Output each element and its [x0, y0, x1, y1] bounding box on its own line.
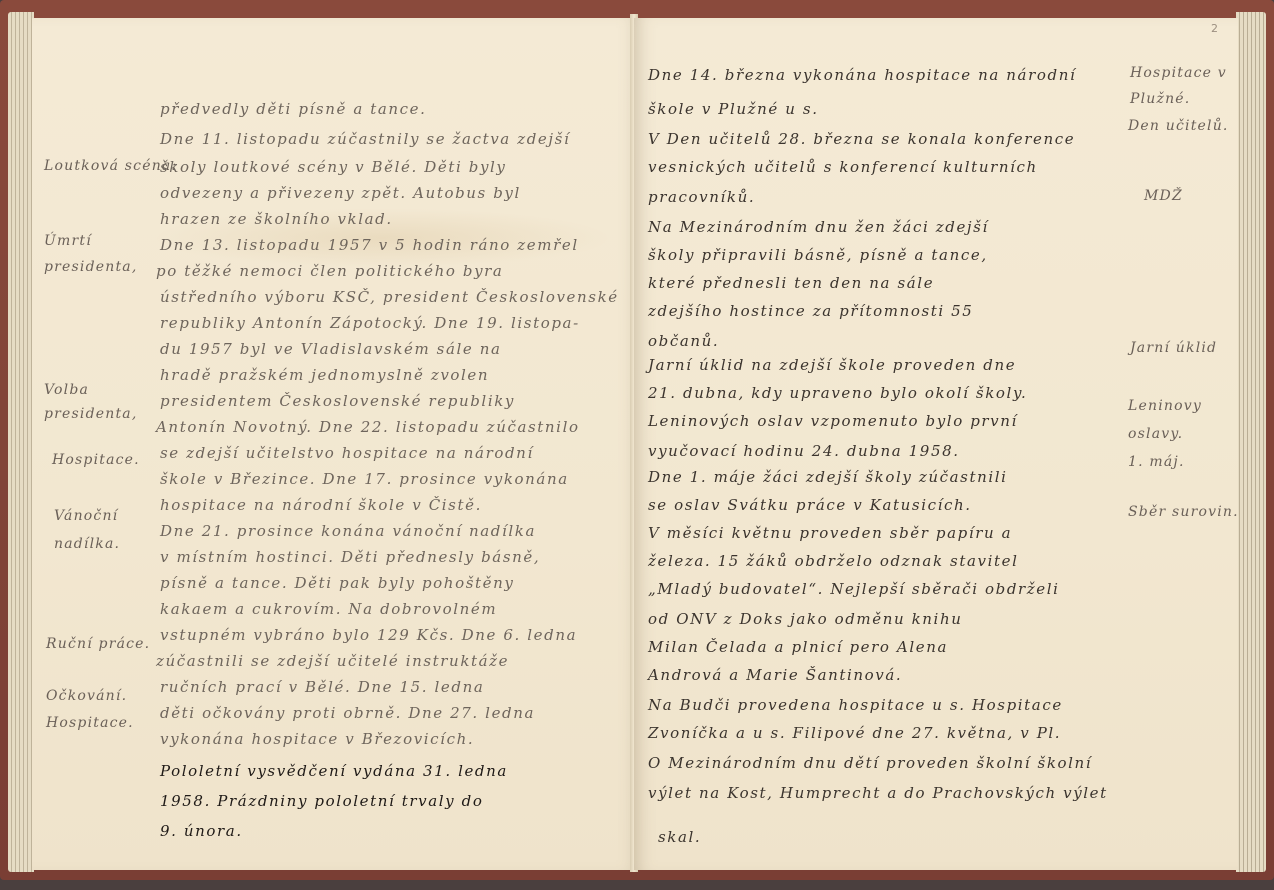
text-line: Dne 21. prosince konána vánoční nadílka — [160, 522, 536, 540]
margin-note: Sběr surovin. — [1128, 504, 1239, 520]
margin-note: Ruční práce. — [46, 636, 150, 652]
text-line: škole v Plužné u s. — [648, 100, 819, 118]
text-line: vyučovací hodinu 24. dubna 1958. — [648, 442, 960, 460]
page-number: 2 — [1211, 22, 1218, 35]
text-line: „Mladý budovatel“. Nejlepší sběrači obdr… — [648, 580, 1060, 598]
margin-note: Hospitace. — [52, 452, 140, 468]
text-line: po těžké nemoci člen politického byra — [156, 262, 503, 280]
text-line: písně a tance. Děti pak byly pohoštěny — [160, 574, 514, 592]
text-line: předvedly děti písně a tance. — [160, 100, 427, 118]
text-line: Dne 14. března vykonána hospitace na nár… — [648, 66, 1076, 84]
margin-note: 1. máj. — [1128, 454, 1185, 470]
margin-note: Jarní úklid — [1130, 340, 1217, 356]
text-line: zúčastnili se zdejší učitelé instruktáže — [156, 652, 509, 670]
text-line: Pololetní vysvědčení vydána 31. ledna — [160, 762, 508, 780]
text-line: Milan Čelada a plnicí pero Alena — [648, 638, 948, 656]
text-line: V měsíci květnu proveden sběr papíru a — [648, 524, 1012, 542]
margin-note: Leninovy oslavy. — [1128, 392, 1208, 448]
text-line: školy připravili básně, písně a tance, — [648, 246, 988, 264]
text-line: občanů. — [648, 332, 719, 350]
margin-note: MDŽ — [1144, 188, 1183, 204]
text-line: du 1957 byl ve Vladislavském sále na — [160, 340, 502, 358]
text-line: hradě pražském jednomyslně zvolen — [160, 366, 489, 384]
text-line: se zdejší učitelstvo hospitace na národn… — [160, 444, 534, 462]
text-line: 1958. Prázdniny pololetní trvaly do — [160, 792, 483, 810]
text-line: Na Budči provedena hospitace u s. Hospit… — [648, 696, 1063, 714]
text-line: ústředního výboru KSČ, president Českosl… — [160, 288, 619, 306]
text-line: v místním hostinci. Děti přednesly básně… — [160, 548, 540, 566]
text-line: skal. — [658, 828, 701, 846]
text-line: železa. 15 žáků obdrželo odznak stavitel — [648, 552, 1018, 570]
text-line: hrazen ze školního vklad. — [160, 210, 393, 228]
text-line: ručních prací v Bělé. Dne 15. ledna — [160, 678, 484, 696]
text-line: Dne 1. máje žáci zdejší školy zúčastnili — [648, 468, 1008, 486]
page-stack-left — [8, 12, 34, 872]
text-line: vesnických učitelů s konferencí kulturní… — [648, 158, 1038, 176]
text-line: vstupném vybráno bylo 129 Kčs. Dne 6. le… — [160, 626, 577, 644]
text-line: Dne 11. listopadu zúčastnily se žactva z… — [160, 130, 570, 148]
text-line: vykonána hospitace v Březovicích. — [160, 730, 474, 748]
text-line: výlet na Kost, Humprecht a do Prachovský… — [648, 784, 1108, 802]
margin-note: Volba presidenta, — [44, 378, 154, 426]
text-line: děti očkovány proti obrně. Dne 27. ledna — [160, 704, 535, 722]
text-line: od ONV z Doks jako odměnu knihu — [648, 610, 962, 628]
text-line: kakaem a cukrovím. Na dobrovolném — [160, 600, 497, 618]
text-line: odvezeny a přivezeny zpět. Autobus byl — [160, 184, 521, 202]
right-page: 2 Hospitace v Plužné. Den učitelů. MDŽ J… — [634, 18, 1238, 870]
text-line: O Mezinárodním dnu dětí proveden školní … — [648, 754, 1092, 772]
text-line: Andrová a Marie Šantinová. — [648, 666, 902, 684]
text-line: Dne 13. listopadu 1957 v 5 hodin ráno ze… — [160, 236, 579, 254]
margin-note: Den učitelů. — [1128, 118, 1229, 134]
text-line: hospitace na národní škole v Čistě. — [160, 496, 482, 514]
text-line: Na Mezinárodním dnu žen žáci zdejší — [648, 218, 989, 236]
text-line: 21. dubna, kdy upraveno bylo okolí školy… — [648, 384, 1027, 402]
text-line: pracovníků. — [648, 188, 755, 206]
margin-note: Úmrtí presidenta, — [44, 228, 134, 280]
text-line: republiky Antonín Zápotocký. Dne 19. lis… — [160, 314, 580, 332]
text-line: Jarní úklid na zdejší škole proveden dne — [648, 356, 1016, 374]
text-line: V Den učitelů 28. března se konala konfe… — [648, 130, 1075, 148]
text-line: které přednesli ten den na sále — [648, 274, 934, 292]
text-line: se oslav Svátku práce v Katusicích. — [648, 496, 972, 514]
book-spread: Loutková scéna: Úmrtí presidenta, Volba … — [8, 10, 1266, 876]
margin-note: Hospitace v Plužné. — [1130, 60, 1230, 112]
left-page: Loutková scéna: Úmrtí presidenta, Volba … — [32, 18, 640, 870]
page-stack-right — [1236, 12, 1266, 872]
margin-note: Očkování. — [46, 688, 127, 704]
text-line: škole v Březince. Dne 17. prosince vykon… — [160, 470, 569, 488]
text-line: Zvoníčka a u s. Filipové dne 27. května,… — [648, 724, 1061, 742]
text-line: školy loutkové scény v Bělé. Děti byly — [160, 158, 507, 176]
margin-note: Vánoční nadílka. — [54, 502, 144, 558]
margin-note: Hospitace. — [46, 715, 134, 731]
text-line: presidentem Československé republiky — [160, 392, 515, 410]
margin-note: Loutková scéna: — [44, 158, 177, 174]
text-line: 9. února. — [160, 822, 243, 840]
text-line: Antonín Novotný. Dne 22. listopadu zúčas… — [156, 418, 580, 436]
text-line: Leninových oslav vzpomenuto bylo první — [648, 412, 1018, 430]
text-line: zdejšího hostince za přítomnosti 55 — [648, 302, 973, 320]
